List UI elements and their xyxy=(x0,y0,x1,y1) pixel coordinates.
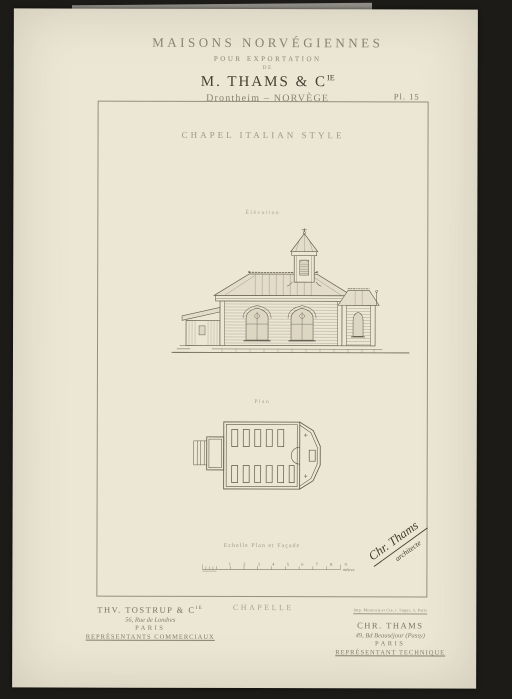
footer-right-city: PARIS xyxy=(297,640,483,647)
architect-signature: Chr. Thams architecte xyxy=(363,487,470,576)
scale-unit: mètres xyxy=(343,567,355,572)
company-name-suffix: IE xyxy=(327,73,335,82)
footer-left-city: PARIS xyxy=(52,624,248,632)
series-title: MAISONS NORVÉGIENNES xyxy=(108,35,428,52)
plate-paper: MAISONS NORVÉGIENNES POUR EXPORTATION DE… xyxy=(12,8,478,688)
scale-bar: 1 2 3 4 5 6 7 8 9 mètres xyxy=(200,560,358,576)
printer-imprint: Imp. Monrocq et Cie, r. Suger, 3, Paris xyxy=(354,607,428,614)
chapel-plan-drawing xyxy=(166,408,346,518)
footer-left-address: 56, Rue de Londres xyxy=(52,616,248,624)
scan-background: MAISONS NORVÉGIENNES POUR EXPORTATION DE… xyxy=(0,0,512,699)
company-name-main: M. THAMS & C xyxy=(201,74,327,90)
scale-numbers: 1 2 3 4 5 6 7 8 9 xyxy=(229,562,348,567)
footer-left-role: REPRÉSENTANTS COMMERCIAUX xyxy=(52,633,248,641)
series-subtitle: POUR EXPORTATION xyxy=(108,55,428,64)
chapel-elevation-drawing xyxy=(124,228,424,379)
elevation-label: Élévation xyxy=(98,210,427,217)
plan-label: Plan xyxy=(98,399,427,406)
series-de: DE xyxy=(108,65,428,72)
company-name: M. THAMS & CIE xyxy=(108,73,428,92)
plate-number: Pl. 15 xyxy=(384,91,430,101)
drawing-frame: CHAPEL ITALIAN STYLE Élévation xyxy=(96,101,428,598)
sheet-title: CHAPEL ITALIAN STYLE xyxy=(99,130,428,141)
header-block: MAISONS NORVÉGIENNES POUR EXPORTATION DE… xyxy=(108,35,428,105)
footer-right-address: 49, Bd Beauséjour (Passy) xyxy=(297,632,483,639)
footer-right-name: CHR. THAMS xyxy=(297,620,483,630)
footer-right: Imp. Monrocq et Cie, r. Suger, 3, Paris … xyxy=(297,598,483,656)
footer-right-role: REPRÉSENTANT TECHNIQUE xyxy=(297,649,483,656)
